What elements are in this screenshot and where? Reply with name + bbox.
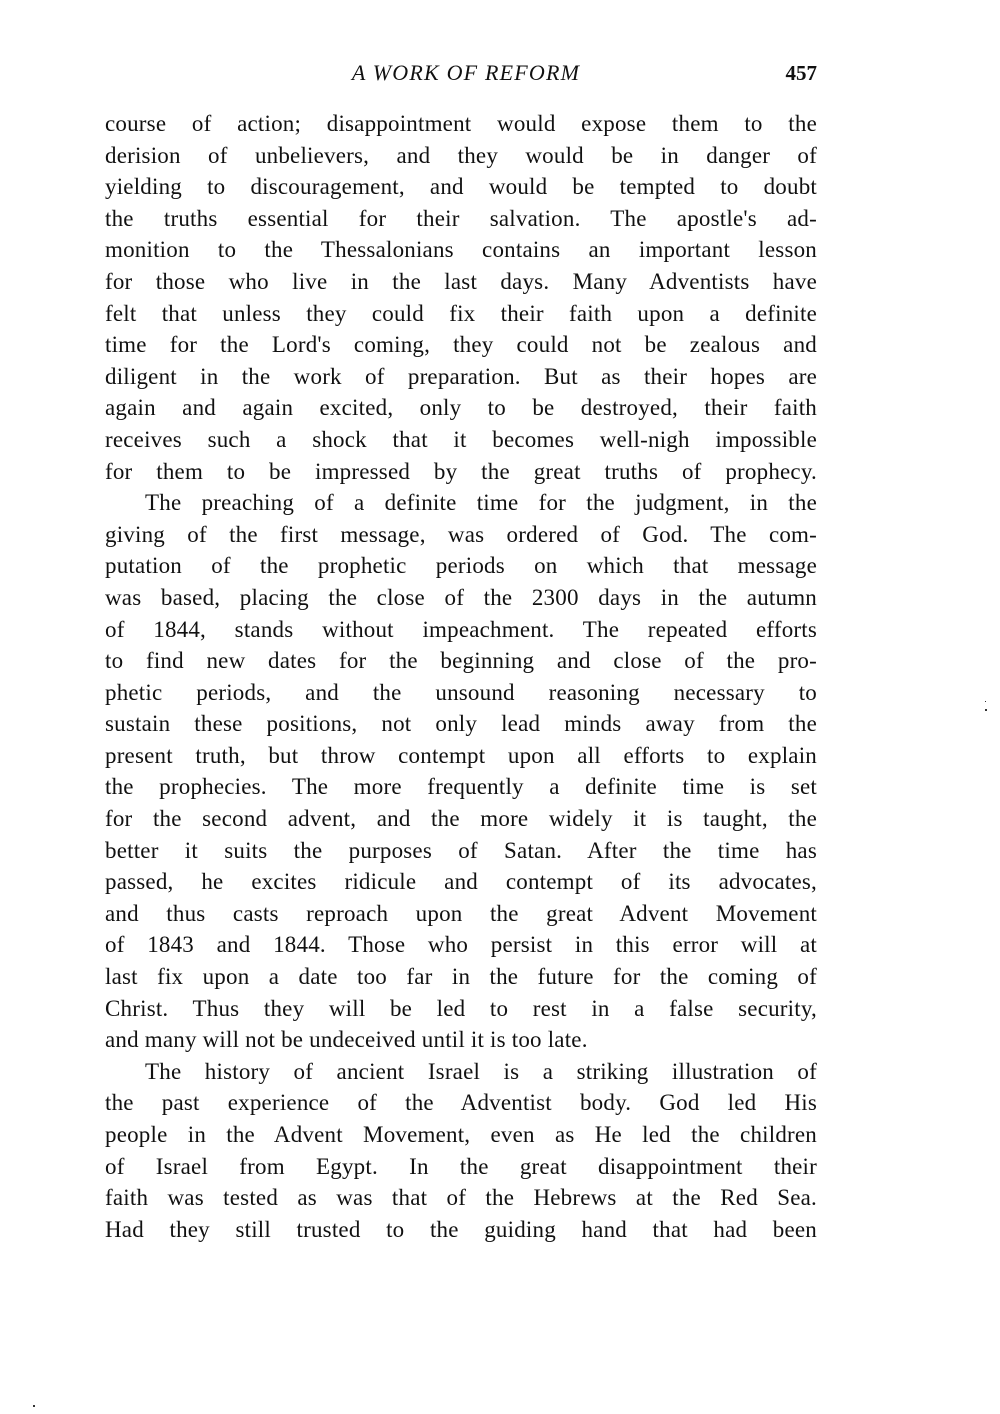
text-line: the prophecies. The more frequently a de…: [105, 771, 817, 803]
text-line: giving of the first message, was ordered…: [105, 519, 817, 551]
text-line: receives such a shock that it becomes we…: [105, 424, 817, 456]
text-line: and thus casts reproach upon the great A…: [105, 898, 817, 930]
text-line: was based, placing the close of the 2300…: [105, 582, 817, 614]
text-line: The preaching of a definite time for the…: [105, 487, 817, 519]
scan-speck: [985, 701, 986, 702]
text-line: diligent in the work of preparation. But…: [105, 361, 817, 393]
running-title: A WORK OF REFORM: [105, 58, 817, 88]
text-line: and many will not be undeceived until it…: [105, 1024, 817, 1056]
paragraph-3: The history of ancient Israel is a strik…: [105, 1056, 817, 1246]
text-line: putation of the prophetic periods on whi…: [105, 550, 817, 582]
text-line: time for the Lord's coming, they could n…: [105, 329, 817, 361]
scan-speck: [985, 709, 987, 711]
scan-speck: [33, 1405, 35, 1407]
text-line: last fix upon a date too far in the futu…: [105, 961, 817, 993]
text-line: monition to the Thessalonians contains a…: [105, 234, 817, 266]
text-line: for the second advent, and the more wide…: [105, 803, 817, 835]
text-line: passed, he excites ridicule and contempt…: [105, 866, 817, 898]
paragraph-2: The preaching of a definite time for the…: [105, 487, 817, 1056]
body-text: course of action; disappointment would e…: [105, 108, 817, 1245]
text-line: people in the Advent Movement, even as H…: [105, 1119, 817, 1151]
text-line: again and again excited, only to be dest…: [105, 392, 817, 424]
text-line: to find new dates for the beginning and …: [105, 645, 817, 677]
text-line: The history of ancient Israel is a strik…: [105, 1056, 817, 1088]
text-line: derision of unbelievers, and they would …: [105, 140, 817, 172]
text-line: the truths essential for their salvation…: [105, 203, 817, 235]
text-line: of 1844, stands without impeachment. The…: [105, 614, 817, 646]
text-line: course of action; disappointment would e…: [105, 108, 817, 140]
text-line: yielding to discouragement, and would be…: [105, 171, 817, 203]
text-line: the past experience of the Adventist bod…: [105, 1087, 817, 1119]
text-line: Had they still trusted to the guiding ha…: [105, 1214, 817, 1246]
text-line: Christ. Thus they will be led to rest in…: [105, 993, 817, 1025]
text-line: better it suits the purposes of Satan. A…: [105, 835, 817, 867]
text-line: sustain these positions, not only lead m…: [105, 708, 817, 740]
text-line: felt that unless they could fix their fa…: [105, 298, 817, 330]
text-line: for them to be impressed by the great tr…: [105, 456, 817, 488]
page-number: 457: [786, 58, 818, 88]
text-line: faith was tested as was that of the Hebr…: [105, 1182, 817, 1214]
text-line: phetic periods, and the unsound reasonin…: [105, 677, 817, 709]
paragraph-1: course of action; disappointment would e…: [105, 108, 817, 487]
running-head: A WORK OF REFORM 457: [105, 58, 817, 88]
text-line: present truth, but throw contempt upon a…: [105, 740, 817, 772]
text-line: of Israel from Egypt. In the great disap…: [105, 1151, 817, 1183]
book-page: A WORK OF REFORM 457 course of action; d…: [105, 58, 817, 1245]
text-line: of 1843 and 1844. Those who persist in t…: [105, 929, 817, 961]
text-line: for those who live in the last days. Man…: [105, 266, 817, 298]
